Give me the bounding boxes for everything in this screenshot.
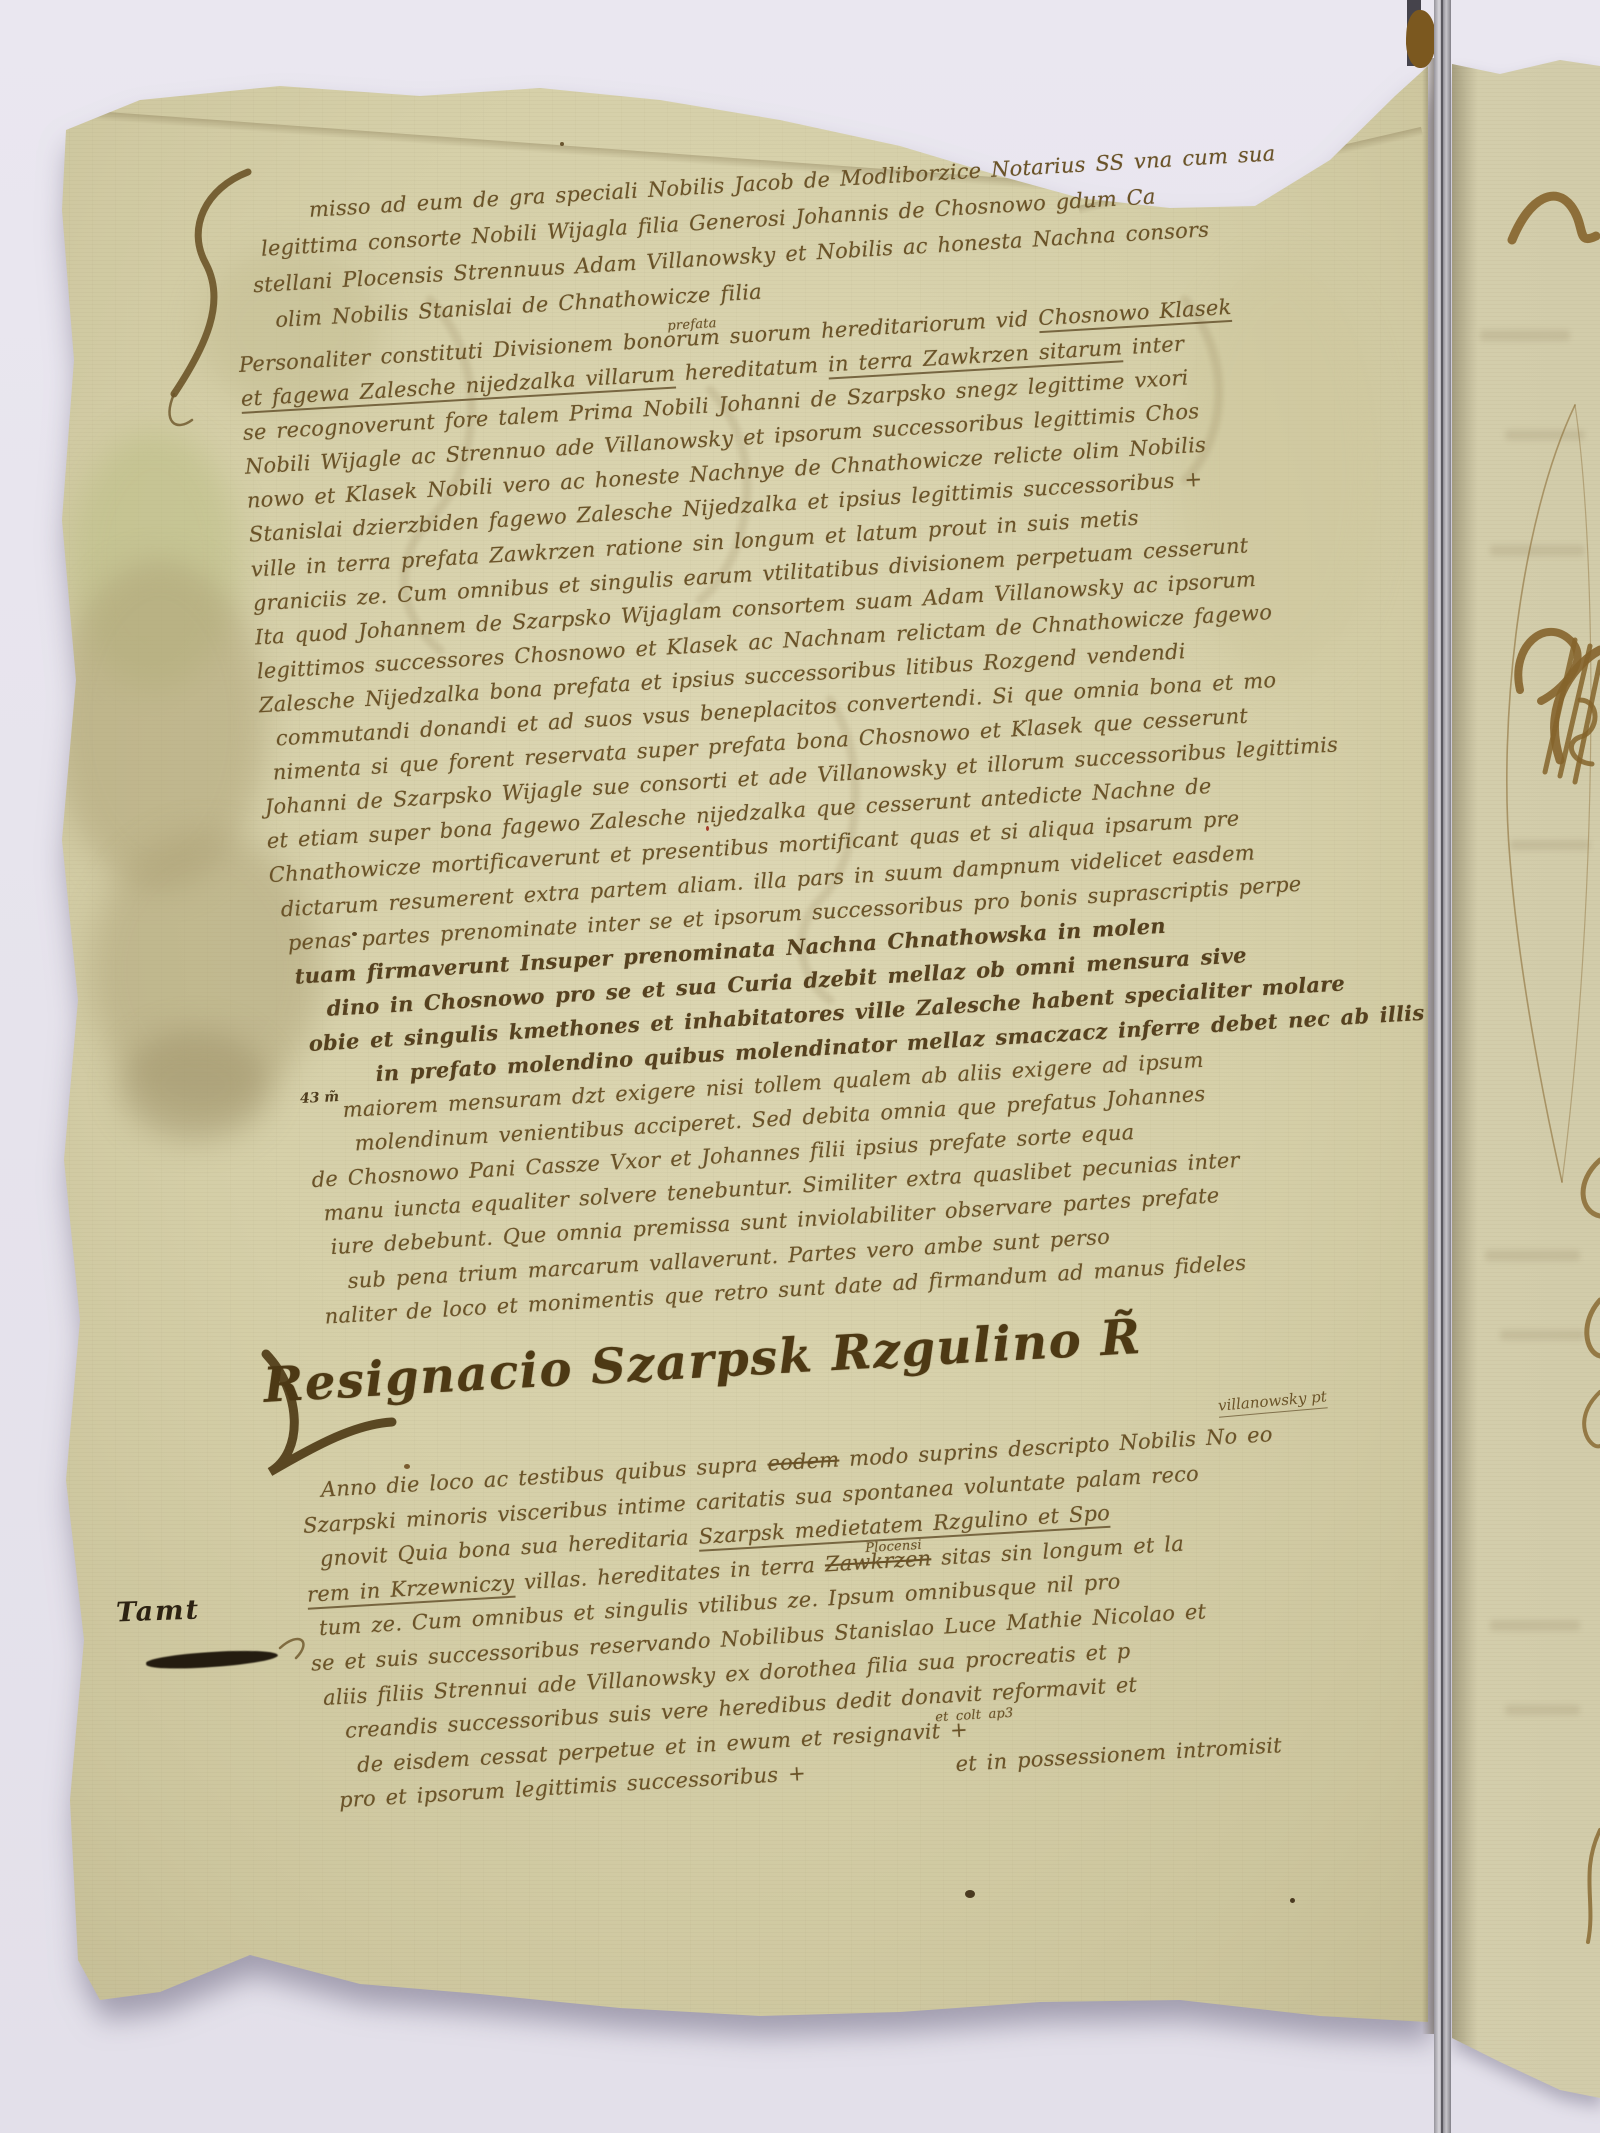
ink-spot [1290,1898,1295,1903]
entry3-text-block: Anno die loco ac testibus quibus supra e… [300,1418,1269,1819]
ink-spot [404,1464,410,1469]
margin-note-43: 43 m̃ [300,1089,340,1107]
entry2-text-block: Personaliter constituti Divisionem bonor… [238,292,1244,1335]
interlinear-note: Plocensi [864,1529,922,1567]
manuscript-word-run: eodem [767,1447,840,1475]
gutter-seam-shadow [1422,58,1434,2034]
ink-spot [965,1890,975,1898]
page-stain-blot [120,1030,270,1140]
interlinear-note: prefata [667,307,718,344]
ink-spot [352,932,357,936]
ink-spot [560,142,564,146]
glass-rod-edge [1441,0,1443,2133]
manuscript-word-run: hereditatum [674,353,829,386]
interlinear-note: et colt ap3 [934,1696,1014,1735]
red-ink-spot [706,826,709,831]
margin-note-tamt: Tamt [115,1595,200,1629]
manuscript-word-run: inter [1121,332,1184,360]
manuscript-photo: misso ad eum de gra speciali Nobilis Jac… [0,0,1600,2133]
